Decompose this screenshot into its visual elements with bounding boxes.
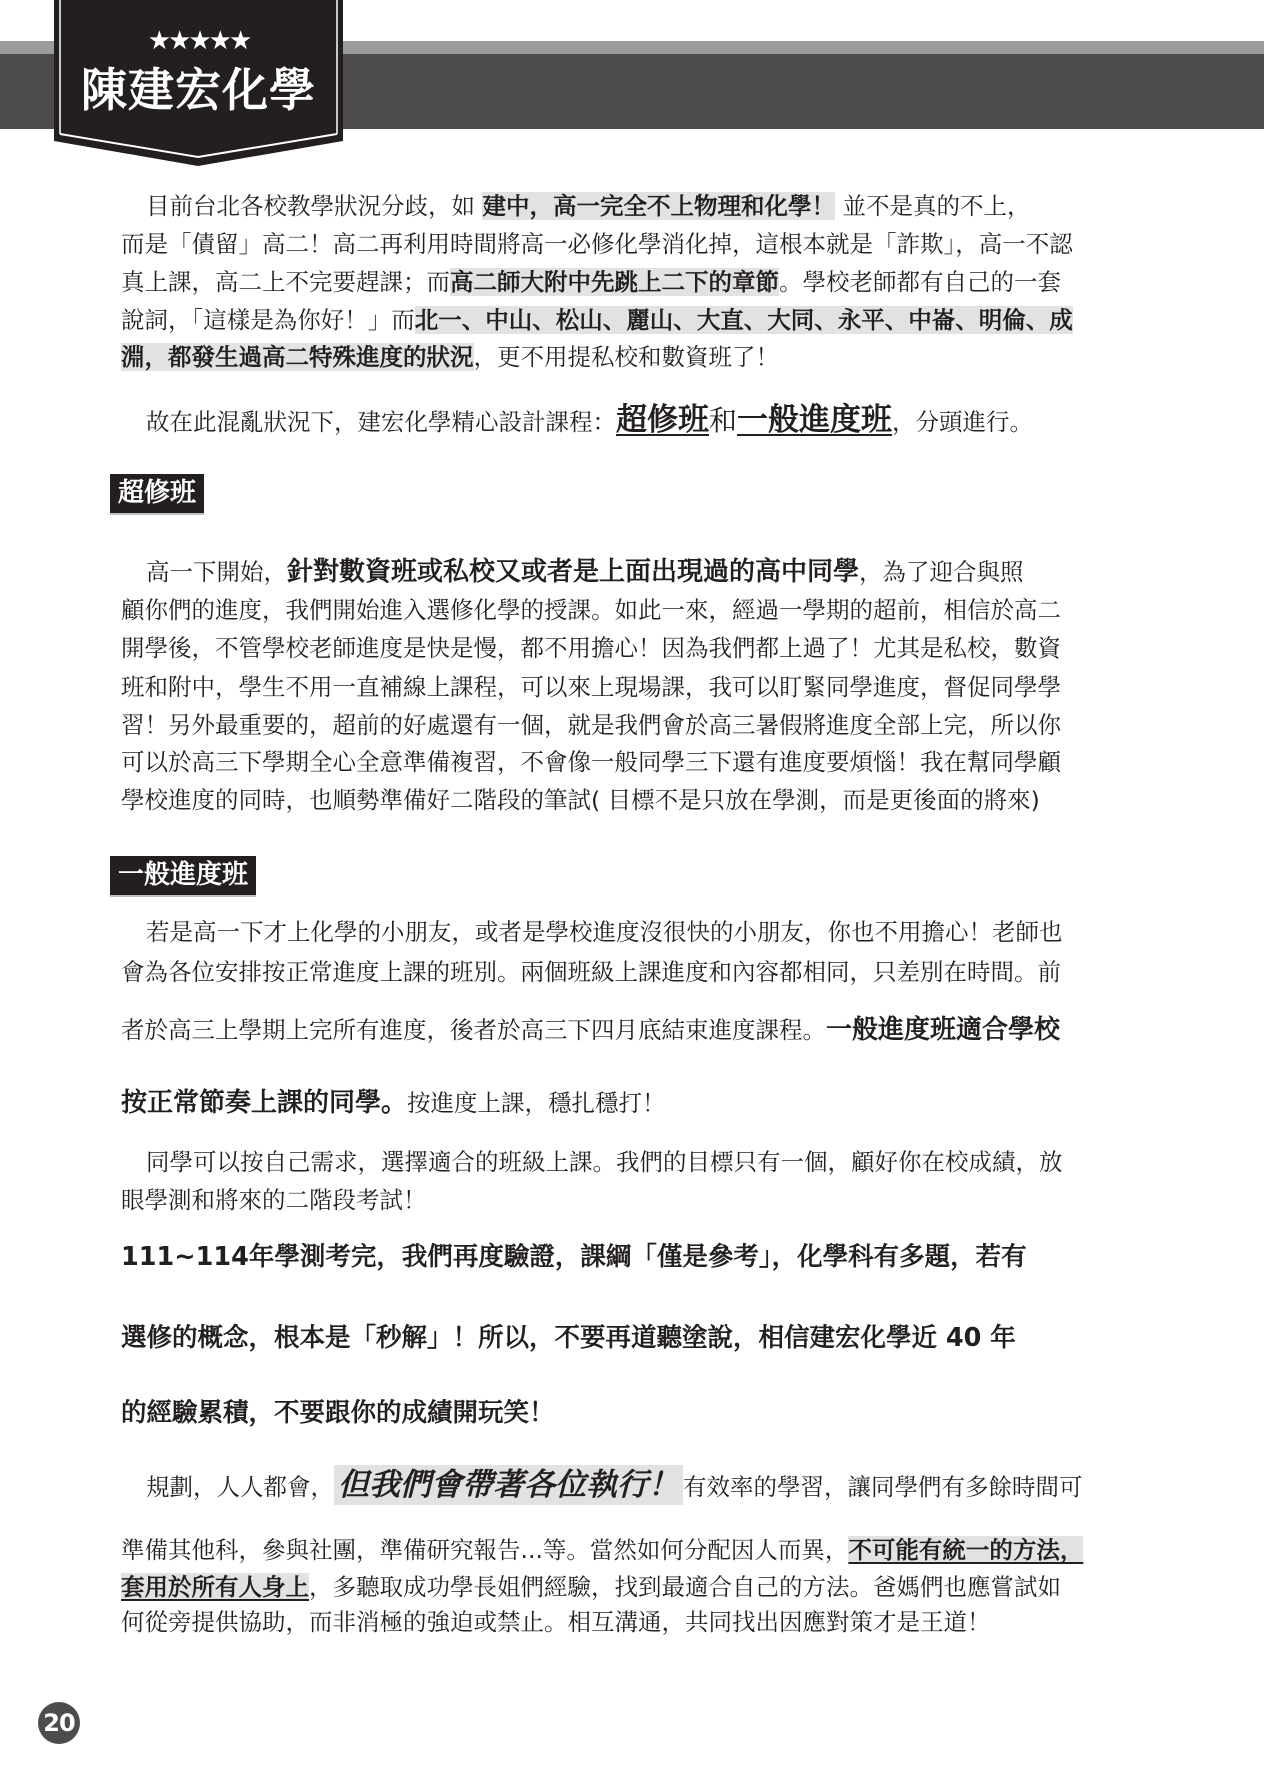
- closing-line-1: 規劃，人人都會，但我們會帶著各位執行！有效率的學習，讓同學們有多餘時間可: [121, 1465, 1083, 1505]
- emphasis-line-1: 111~114年學測考完，我們再度驗證，課綱「僅是參考」，化學科有多題，若有: [121, 1240, 1027, 1274]
- advanced-line-5: 習！另外最重要的，超前的好處還有一個，就是我們會於高三暑假將進度全部上完，所以你: [121, 710, 1061, 740]
- text: ，分頭進行。: [892, 408, 1033, 436]
- advanced-line-4: 班和附中，學生不用一直補線上課程，可以來上現場課，我可以盯緊同學進度，督促同學學: [121, 672, 1061, 702]
- highlight-text: 高二師大附中先跳上二下的章節: [450, 268, 779, 296]
- choice-line-2: 眼學測和將來的二階段考試！: [121, 1185, 427, 1215]
- text: ，多聽取成功學長姐們經驗，找到最適合自己的方法。爸媽們也應嘗試如: [309, 1573, 1061, 1601]
- brand-badge: ★★★★★ 陳建宏化學: [54, 0, 343, 166]
- advanced-class-link: 超修班: [616, 402, 709, 438]
- highlight-text: 建中，高一完全不上物理和化學！: [482, 192, 835, 220]
- intro-line-5: 淵，都發生過高二特殊進度的狀況，更不用提私校和數資班了！: [121, 342, 779, 372]
- text: ，為了迎合與照: [859, 558, 1024, 586]
- text: 。學校老師都有自己的一套: [779, 268, 1061, 296]
- closing-line-4: 何從旁提供協助，而非消極的強迫或禁止。相互溝通，共同找出因應對策才是王道！: [121, 1607, 991, 1637]
- regular-line-3: 者於高三上學期上完所有進度，後者於高三下四月底結束進度課程。一般進度班適合學校: [121, 1013, 1060, 1047]
- text: 並不是真的不上，: [835, 192, 1030, 220]
- intro-line-3: 真上課，高二上不完要趕課；而高二師大附中先跳上二下的章節。學校老師都有自己的一套: [121, 267, 1061, 297]
- advanced-line-7: 學校進度的同時，也順勢準備好二階段的筆試( 目標不是只放在學測，而是更後面的將來…: [121, 785, 1040, 815]
- text: 按進度上課，穩扎穩打！: [407, 1089, 666, 1117]
- text: 故在此混亂狀況下，建宏化學精心設計課程：: [146, 408, 616, 436]
- summary-line: 故在此混亂狀況下，建宏化學精心設計課程：超修班和一般進度班，分頭進行。: [121, 400, 1033, 440]
- text: 和: [709, 404, 737, 437]
- advanced-line-1: 高一下開始，針對數資班或私校又或者是上面出現過的高中同學，為了迎合與照: [121, 555, 1024, 589]
- regular-line-2: 會為各位安排按正常進度上課的班別。兩個班級上課進度和內容都相同，只差別在時間。前: [121, 957, 1061, 987]
- text: 高一下開始，: [146, 558, 287, 586]
- bold-text: 按正常節奏上課的同學。: [121, 1088, 407, 1118]
- brand-title: 陳建宏化學: [54, 62, 343, 118]
- page-number-badge: 20: [38, 1702, 80, 1744]
- advanced-line-6: 可以於高三下學期全心全意準備複習，不會像一般同學三下還有進度要煩惱！我在幫同學顧: [121, 747, 1061, 777]
- emphasis-line-3: 的經驗累積，不要跟你的成績開玩笑！: [121, 1396, 555, 1430]
- text: 目前台北各校教學狀況分歧，如: [146, 192, 482, 220]
- text: 規劃，人人都會，: [146, 1473, 334, 1501]
- text: 者於高三上學期上完所有進度，後者於高三下四月底結束進度課程。: [121, 1016, 826, 1044]
- highlight-text: 北一、中山、松山、麗山、大直、大同、永平、中崙、明倫、成: [415, 306, 1073, 334]
- intro-line-2: 而是「債留」高二！高二再利用時間將高一必修化學消化掉，這根本就是「詐欺」，高一不…: [121, 229, 1073, 259]
- intro-line-1: 目前台北各校教學狀況分歧，如 建中，高一完全不上物理和化學！ 並不是真的不上，: [121, 191, 1030, 221]
- regular-line-1: 若是高一下才上化學的小朋友，或者是學校進度沒很快的小朋友，你也不用擔心！老師也: [121, 917, 1063, 947]
- emphasis-line-2: 選修的概念，根本是「秒解」！所以，不要再道聽塗說，相信建宏化學近 40 年: [121, 1321, 1016, 1355]
- section-label-regular: 一般進度班: [110, 856, 256, 895]
- bold-text: 針對數資班或私校又或者是上面出現過的高中同學: [287, 557, 859, 587]
- choice-line-1: 同學可以按自己需求，選擇適合的班級上課。我們的目標只有一個，顧好你在校成績，放: [121, 1147, 1063, 1177]
- closing-line-2: 準備其他科，參與社團，準備研究報告...等。當然如何分配因人而異，不可能有統一的…: [121, 1535, 1083, 1565]
- underlined-highlight-text: 不可能有統一的方法，: [848, 1536, 1083, 1564]
- bold-text: 一般進度班適合學校: [826, 1015, 1060, 1045]
- text: ，更不用提私校和數資班了！: [474, 343, 780, 371]
- italic-highlight-text: 但我們會帶著各位執行！: [334, 1465, 683, 1505]
- text: 說詞，「這樣是為你好！」而: [121, 306, 415, 334]
- regular-class-link: 一般進度班: [737, 402, 892, 438]
- intro-line-4: 說詞，「這樣是為你好！」而北一、中山、松山、麗山、大直、大同、永平、中崙、明倫、…: [121, 305, 1073, 335]
- closing-line-3: 套用於所有人身上，多聽取成功學長姐們經驗，找到最適合自己的方法。爸媽們也應嘗試如: [121, 1572, 1061, 1602]
- underlined-highlight-text: 套用於所有人身上: [121, 1573, 309, 1601]
- regular-line-4: 按正常節奏上課的同學。按進度上課，穩扎穩打！: [121, 1086, 666, 1120]
- advanced-line-2: 顧你們的進度，我們開始進入選修化學的授課。如此一來，經過一學期的超前，相信於高二: [121, 595, 1061, 625]
- advanced-line-3: 開學後，不管學校老師進度是快是慢，都不用擔心！因為我們都上過了！尤其是私校，數資: [121, 633, 1061, 663]
- text: 有效率的學習，讓同學們有多餘時間可: [683, 1473, 1083, 1501]
- highlight-text: 淵，都發生過高二特殊進度的狀況: [121, 343, 474, 371]
- text: 準備其他科，參與社團，準備研究報告...等。當然如何分配因人而異，: [121, 1536, 848, 1564]
- section-label-advanced: 超修班: [110, 474, 204, 513]
- star-rating-icon: ★★★★★: [54, 26, 343, 56]
- text: 真上課，高二上不完要趕課；而: [121, 268, 450, 296]
